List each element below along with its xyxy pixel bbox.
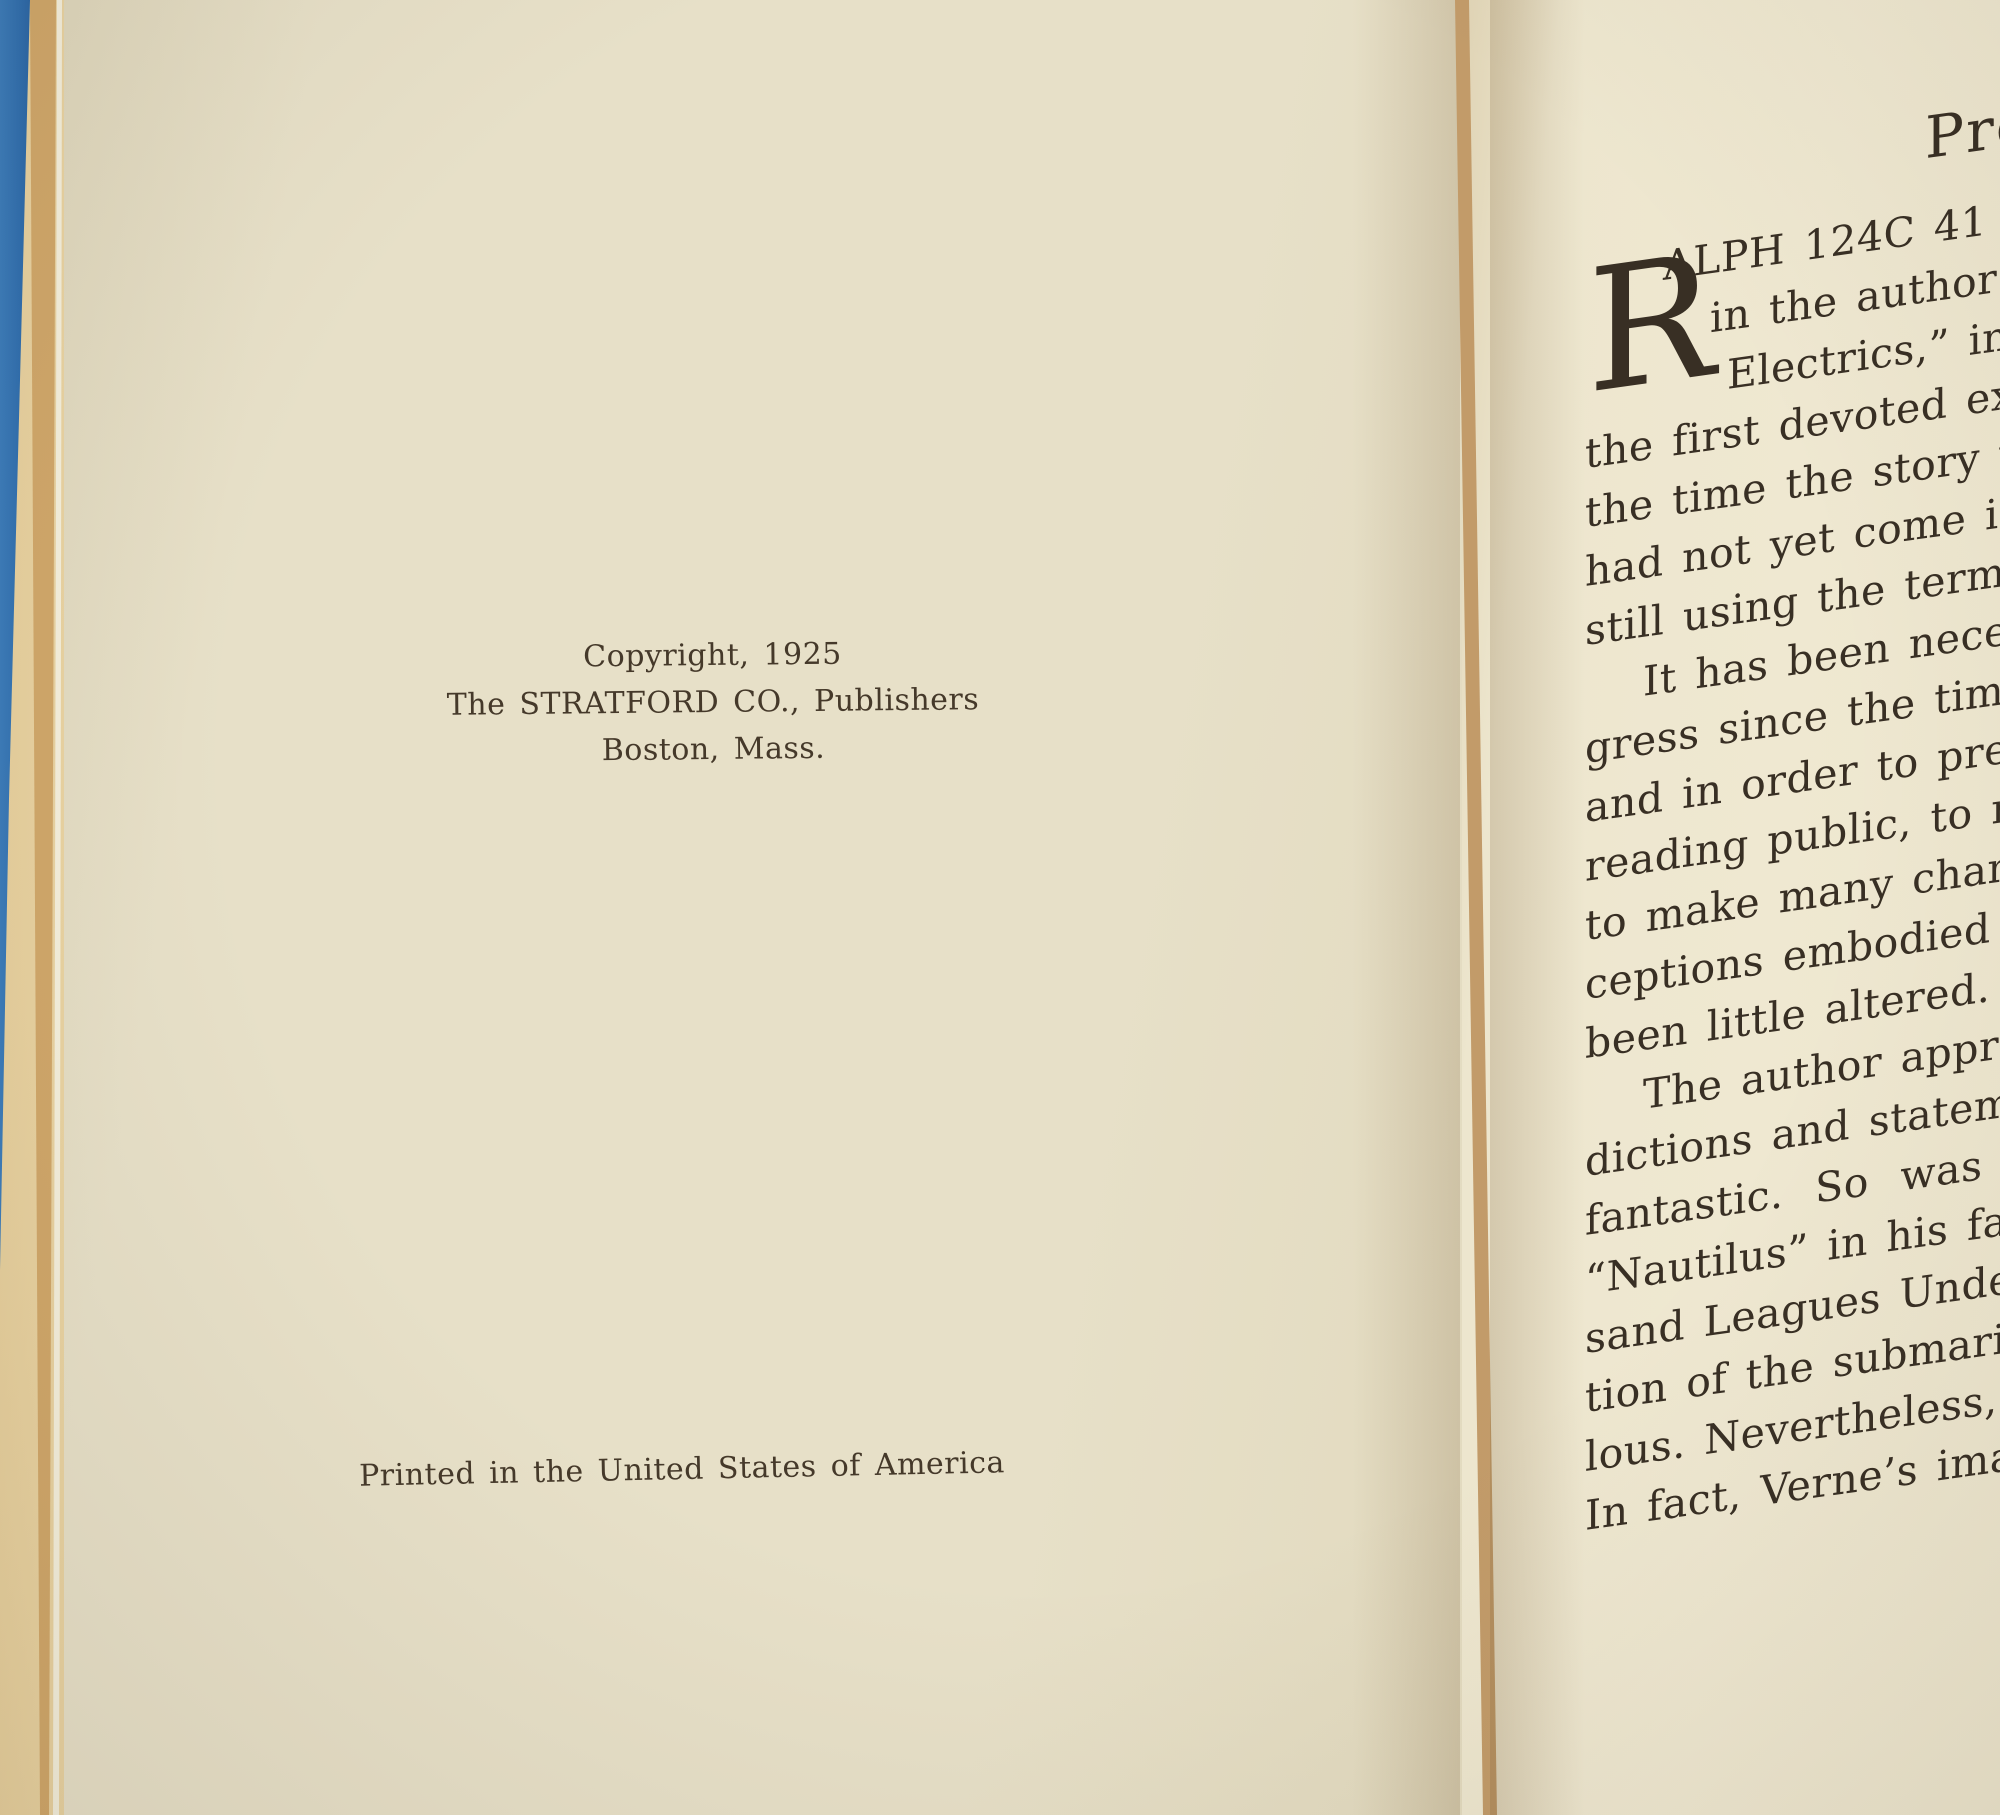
preface-text: Pre R ALPH 124C 41 + in the author’s Ele… <box>1585 0 2000 1740</box>
gutter-shadow-left <box>1352 0 1460 1815</box>
left-page <box>0 0 1462 1815</box>
publisher-line: The STRATFORD CO., Publishers <box>413 676 1013 729</box>
city-line: Boston, Mass. <box>413 723 1013 776</box>
preface-drop-cap: R <box>1587 254 1715 396</box>
open-book-photo: Copyright, 1925 The STRATFORD CO., Publi… <box>0 0 2000 1815</box>
preface-body: R ALPH 124C 41 + in the author’s Electri… <box>1585 141 2000 1546</box>
copyright-block: Copyright, 1925 The STRATFORD CO., Publi… <box>412 629 1013 776</box>
copyright-line: Copyright, 1925 <box>412 629 1012 682</box>
preface-heading: Pre <box>1925 89 2000 172</box>
gutter-shadow-right <box>1490 0 1585 1815</box>
